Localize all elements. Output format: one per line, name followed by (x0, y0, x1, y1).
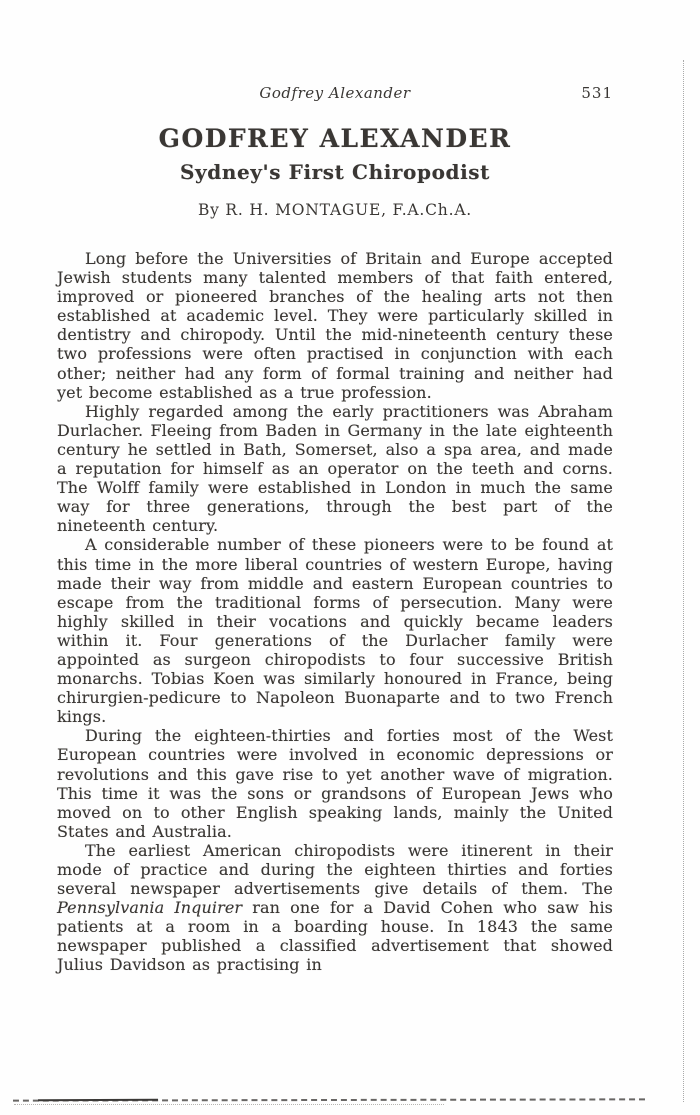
scanned-book-page: Godfrey Alexander 531 GODFREY ALEXANDER … (0, 0, 700, 1115)
page-edge-bottom-echo-artifact (14, 1104, 444, 1105)
paragraph-5-text-start: The earliest American chiropodists were … (57, 841, 613, 898)
running-header-title: Godfrey Alexander (259, 84, 410, 102)
article-subtitle: Sydney's First Chiropodist (57, 160, 613, 184)
page-content: Godfrey Alexander 531 GODFREY ALEXANDER … (57, 84, 613, 975)
page-edge-right-artifact (683, 60, 684, 1102)
running-header: Godfrey Alexander 531 (57, 84, 613, 104)
article-title: GODFREY ALEXANDER (57, 124, 613, 153)
newspaper-name: Pennsylvania Inquirer (57, 898, 242, 917)
paragraph-3: A considerable number of these pioneers … (57, 535, 613, 726)
byline: By R. H. MONTAGUE, F.A.Ch.A. (57, 201, 613, 219)
paragraph-2: Highly regarded among the early practiti… (57, 402, 613, 536)
page-number: 531 (581, 84, 613, 102)
page-edge-bottom-dark-artifact (38, 1099, 158, 1101)
paragraph-4: During the eighteen-thirties and forties… (57, 726, 613, 841)
paragraph-1: Long before the Universities of Britain … (57, 249, 613, 402)
article-body: Long before the Universities of Britain … (57, 249, 613, 975)
paragraph-5: The earliest American chiropodists were … (57, 841, 613, 975)
